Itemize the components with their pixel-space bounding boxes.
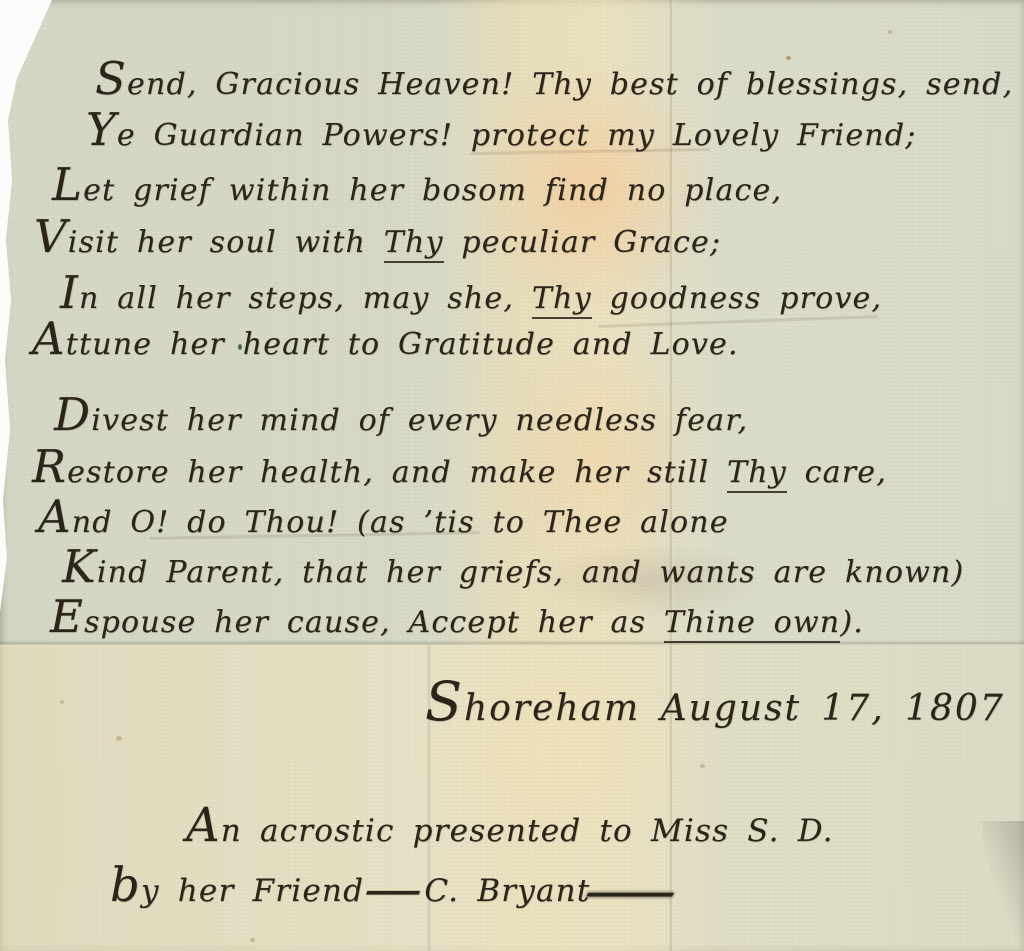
underlined-word: Thy xyxy=(384,225,444,263)
poem-text: Divest her mind of every needless fear, xyxy=(54,403,748,438)
poem-text: ). xyxy=(840,605,864,640)
poem-text: Let grief within her bosom find no place… xyxy=(52,173,782,208)
poem-line: Espouse her cause, Accept her as Thine o… xyxy=(50,590,864,644)
poem-text: Espouse her cause, Accept her as xyxy=(50,605,664,640)
underlined-word: Thy xyxy=(727,455,787,493)
poem-text: peculiar Grace; xyxy=(444,225,722,260)
poem-text: Attune her heart to Gratitude and Love. xyxy=(32,327,739,362)
poem-line: Send, Gracious Heaven! Thy best of bless… xyxy=(95,52,1013,106)
poem-line: Attune her heart to Gratitude and Love. xyxy=(32,312,739,366)
poem-line: And O! do Thou! (as ’tis to Thee alone xyxy=(38,490,729,544)
poem-text: In all her steps, may she, xyxy=(60,281,532,316)
dedication-line: An acrostic presented to Miss S. D. xyxy=(186,798,834,854)
poem-line: Let grief within her bosom find no place… xyxy=(52,158,782,212)
poem-line: Divest her mind of every needless fear, xyxy=(54,388,748,442)
poem-text: And O! do Thou! (as ’tis to Thee alone xyxy=(38,505,729,540)
poem-text: Visit her soul with xyxy=(34,225,384,260)
poem-text: Kind Parent, that her griefs, and wants … xyxy=(62,555,964,590)
signature-text: C. Bryant xyxy=(424,873,590,909)
dedication-text: by her Friend xyxy=(110,873,364,909)
underlined-word: Thine own xyxy=(664,605,840,643)
ink-dash-flourish: — xyxy=(583,875,683,912)
dateline: Shoreham August 17, 1807 — xyxy=(425,670,1024,735)
poem-line: Kind Parent, that her griefs, and wants … xyxy=(62,540,964,594)
poem-text: Ye Guardian Powers! protect my Lovely Fr… xyxy=(86,118,917,153)
poem-line: Ye Guardian Powers! protect my Lovely Fr… xyxy=(86,103,917,157)
signature-line: by her Friend—C. Bryant— xyxy=(110,858,683,914)
poem-text: Send, Gracious Heaven! Thy best of bless… xyxy=(95,67,1013,102)
dateline-text: Shoreham August 17, 1807 — xyxy=(425,688,1024,729)
dedication-text: An acrostic presented to Miss S. D. xyxy=(186,813,834,849)
letter-scan: Send, Gracious Heaven! Thy best of bless… xyxy=(0,0,1024,951)
poem-text: Restore her health, and make her still xyxy=(32,455,727,490)
paper-sheet: Send, Gracious Heaven! Thy best of bless… xyxy=(0,0,1024,951)
poem-line: Restore her health, and make her still T… xyxy=(32,440,887,494)
poem-text: goodness prove, xyxy=(592,281,883,316)
poem-line: Visit her soul with Thy peculiar Grace; xyxy=(34,210,721,264)
poem-text: care, xyxy=(787,455,887,490)
handwritten-text: Send, Gracious Heaven! Thy best of bless… xyxy=(0,0,1024,951)
ink-dash-flourish: — xyxy=(364,873,425,910)
